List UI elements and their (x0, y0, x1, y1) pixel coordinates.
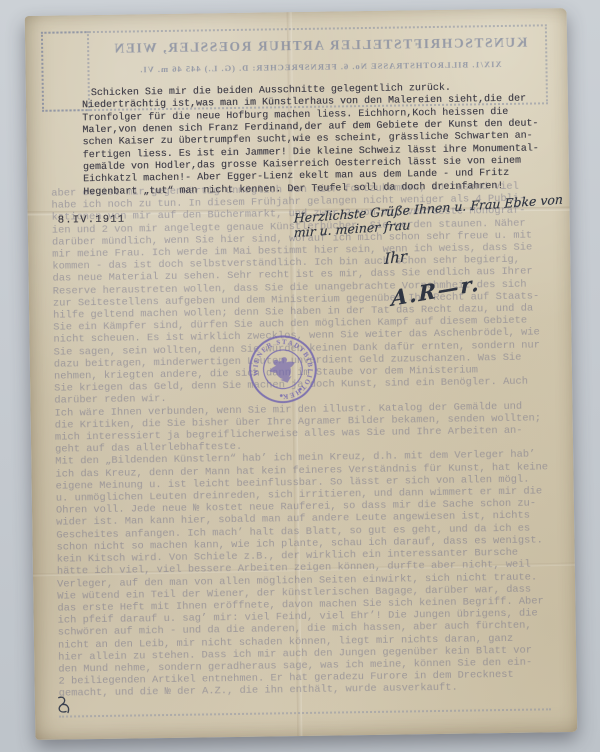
pen-mark-icon (53, 693, 75, 719)
faint-typescript-block: aber es ist mir gegenwärtig unmöglich vo… (51, 180, 553, 700)
letterhead-line-2: XIX/1. BILLROTHSTRASSE No. 6. FERNSPRECH… (101, 58, 539, 74)
bottom-dotted-rule (59, 708, 551, 717)
stamp-emblem-icon (267, 354, 301, 387)
letter-paper: KUNSTSCHRIFTSTELLER ARTHUR ROESSLER, WIE… (25, 8, 578, 740)
scan-background: KUNSTSCHRIFTSTELLER ARTHUR ROESSLER, WIE… (0, 0, 600, 752)
typed-postscript-block: Schicken Sie mir die beiden Ausschnitte … (82, 81, 554, 199)
handwriting-closing: Ihr (384, 247, 407, 268)
letter-date: 8.IV.1911 (58, 214, 126, 227)
letterhead-line-1: KUNSTSCHRIFTSTELLER ARTHUR ROESSLER, WIE… (101, 34, 539, 56)
